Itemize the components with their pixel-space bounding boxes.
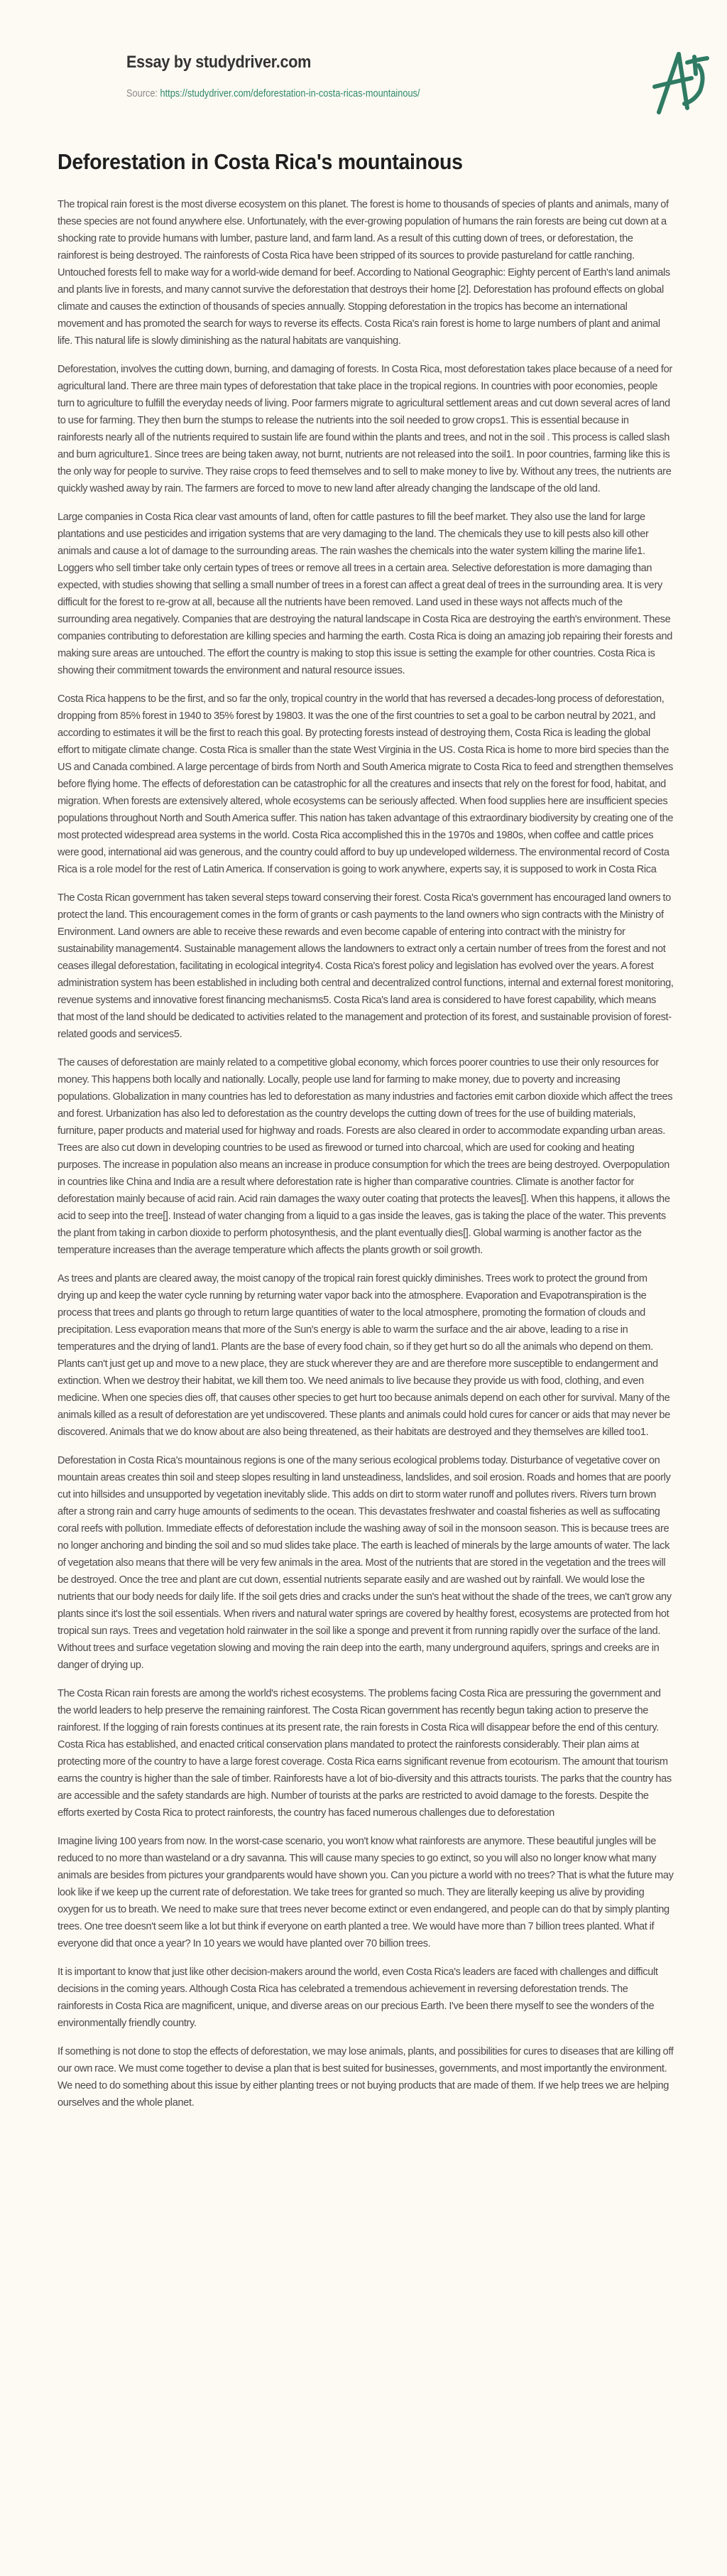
essay-paragraph: Deforestation, involves the cutting down…	[58, 361, 674, 497]
source-label: Source:	[126, 88, 160, 99]
essay-paragraph: The tropical rain forest is the most div…	[58, 196, 674, 350]
essay-title: Deforestation in Costa Rica's mountainou…	[58, 149, 625, 175]
essay-paragraph: Large companies in Costa Rica clear vast…	[58, 509, 674, 679]
brand-title: Essay by studydriver.com	[126, 53, 311, 72]
essay-paragraph: As trees and plants are cleared away, th…	[58, 1270, 674, 1441]
essay-paragraph: Imagine living 100 years from now. In th…	[58, 1833, 674, 1952]
essay-paragraph: The Costa Rican rain forests are among t…	[58, 1685, 674, 1822]
essay-paragraph: If something is not done to stop the eff…	[58, 2043, 674, 2111]
essay-paragraph: Costa Rica happens to be the first, and …	[58, 691, 674, 878]
a-plus-logo-icon	[650, 47, 727, 118]
essay-paragraph: It is important to know that just like o…	[58, 1964, 674, 2032]
essay-paragraph: The causes of deforestation are mainly r…	[58, 1054, 674, 1259]
source-line: Source: https://studydriver.com/deforest…	[126, 88, 420, 99]
essay-article: Deforestation in Costa Rica's mountainou…	[58, 149, 674, 2123]
essay-paragraph: Deforestation in Costa Rica's mountainou…	[58, 1452, 674, 1674]
essay-paragraph: The Costa Rican government has taken sev…	[58, 889, 674, 1043]
page-header: Essay by studydriver.com Source: https:/…	[57, 0, 670, 107]
source-link[interactable]: https://studydriver.com/deforestation-in…	[160, 88, 420, 99]
essay-page: Essay by studydriver.com Source: https:/…	[0, 0, 727, 2576]
